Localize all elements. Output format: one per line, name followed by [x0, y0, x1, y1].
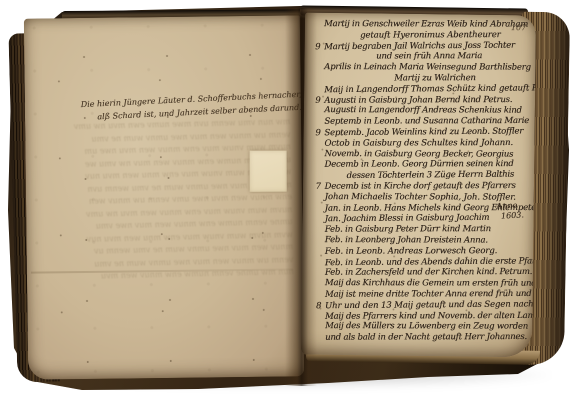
entry-text: Feb. in Gaisburg Peter Dürr kind Martin	[325, 224, 491, 235]
entry-text: Octob in Gaisburg des Schultes kind Joha…	[324, 138, 513, 149]
entry-text: Augusti in Langendorff Andreas Schenkius…	[324, 105, 521, 116]
manuscript-line: Feb. in Zachersfeld und der Kirchen kind…	[316, 267, 534, 279]
manuscript-line: Aprilis in Leinach Maria Weinsegund Bart…	[315, 62, 533, 73]
entry-text: Martij begraben Jail Walrichs aus Joss T…	[324, 40, 515, 52]
entry-text: Decemb ist in Kirche dorf getauft des Pf…	[325, 181, 516, 192]
entry-text: Maij in Langendorff Thomas Schütz kind g…	[324, 83, 536, 96]
margin-numeral: 8	[316, 301, 325, 312]
entry-text: Aprilis in Leinach Maria Weinsegund Bart…	[324, 62, 531, 73]
margin-numeral	[316, 278, 325, 289]
entry-text: Martij in Genschweiler Ezras Weib kind A…	[324, 19, 528, 30]
manuscript-line: Maij das Kirchhaus die Gemein um ersten …	[316, 278, 534, 289]
manuscript-line: Maij des Müllers zu Löwenberg ein Zeug w…	[316, 321, 534, 332]
margin-numeral	[316, 321, 325, 332]
entry-text: Maij ist meine dritte Tochter Anna erend…	[325, 289, 531, 301]
margin-numeral	[316, 235, 325, 246]
manuscript-photo: mw nun vmu wenm uvn mwe numv ewn mvu nw …	[0, 0, 580, 397]
manuscript-entries: Martij in Genschweiler Ezras Weib kind A…	[315, 19, 534, 344]
entry-text: Feb. in Leonb. Andreas Lorwesch Georg.	[325, 246, 497, 257]
entry-text: Novemb. in Gaisburg Georg Becker, Georgi…	[324, 149, 513, 160]
spine-gutter-shadow	[285, 8, 317, 386]
manuscript-line: Feb. in Gaisburg Peter Dürr kind Martin	[316, 224, 534, 236]
entry-text: Maij des Müllers zu Löwenberg ein Zeug w…	[325, 321, 528, 332]
manuscript-line: getauft Hyeronimus Abentheurer	[315, 30, 533, 42]
manuscript-line: 9Septemb. Jacob Weinlins kind zu Leonb. …	[315, 126, 533, 139]
margin-numeral	[316, 203, 325, 214]
entry-text: Jan. Joachim Blessi in Gaisburg Joachim	[325, 213, 490, 225]
entry-text: Johan Michaelis Tochter Sophia, Joh. Sto…	[325, 192, 516, 203]
entry-text: getauft Hyeronimus Abentheurer	[324, 30, 501, 41]
manuscript-line: 9Martij begraben Jail Walrichs aus Joss …	[315, 40, 533, 53]
margin-numeral	[316, 258, 325, 269]
entry-text: Feb. in Leonb. und des Abends dahin die …	[325, 256, 536, 269]
entry-text: Maij das Kirchhaus die Gemein um ersten …	[325, 278, 536, 289]
manuscript-line: dessen Töchterlein 3 Züge Herrn Balthis	[316, 170, 534, 183]
manuscript-line: Maij in Langendorff Thomas Schütz kind g…	[315, 83, 533, 96]
entry-text: Feb. in Zachersfeld und der Kirchen kind…	[325, 267, 532, 279]
manuscript-line: Octob in Gaisburg des Schultes kind Joha…	[315, 138, 533, 150]
margin-numeral	[316, 225, 325, 236]
margin-numeral	[316, 290, 325, 301]
margin-numeral	[316, 246, 325, 257]
entry-text: Uhr und den 13 Maij getauft und das Sege…	[325, 299, 534, 312]
manuscript-line: Novemb. in Gaisburg Georg Becker, Georgi…	[315, 149, 533, 160]
manuscript-line: und als bald in der Nacht getauft Herr J…	[316, 332, 534, 344]
left-page: mw nun vmu wenm uvn mwe numv ewn mvu nw …	[24, 15, 304, 379]
repair-patch	[250, 151, 287, 192]
year-annotation-year: 1603.	[497, 210, 524, 222]
entry-text: und als bald in der Nacht getauft Herr J…	[325, 332, 527, 344]
manuscript-line: Martij in Genschweiler Ezras Weib kind A…	[315, 19, 533, 30]
bleed-through-text: mw nun vmu wenm uvn mwe numv ewn mvu nw …	[36, 116, 294, 284]
manuscript-line: Feb. in Leonberg Johan Dreistein Anna.	[316, 235, 534, 246]
manuscript-line: Feb. in Leonb. und des Abends dahin die …	[316, 256, 534, 269]
margin-numeral	[316, 333, 325, 344]
margin-numeral	[316, 215, 325, 226]
manuscript-line: 8Uhr und den 13 Maij getauft und das Seg…	[316, 299, 534, 312]
manuscript-line: Feb. in Leonb. Andreas Lorwesch Georg.	[316, 246, 534, 258]
right-page: 107 Martij in Genschweiler Ezras Weib ki…	[301, 13, 536, 358]
entry-text: dessen Töchterlein 3 Züge Herrn Balthis	[325, 170, 515, 182]
manuscript-line: 7Decemb ist in Kirche dorf getauft des P…	[316, 181, 534, 193]
entry-text: Martij zu Walrichen	[324, 73, 476, 84]
manuscript-line: Augusti in Langendorff Andreas Schenkius…	[315, 105, 533, 116]
entry-text: Septemb. Jacob Weinlins kind zu Leonb. S…	[324, 126, 523, 139]
year-annotation: Anno 1603.	[496, 200, 524, 222]
entry-text: Feb. in Leonberg Johan Dreistein Anna.	[325, 235, 488, 246]
